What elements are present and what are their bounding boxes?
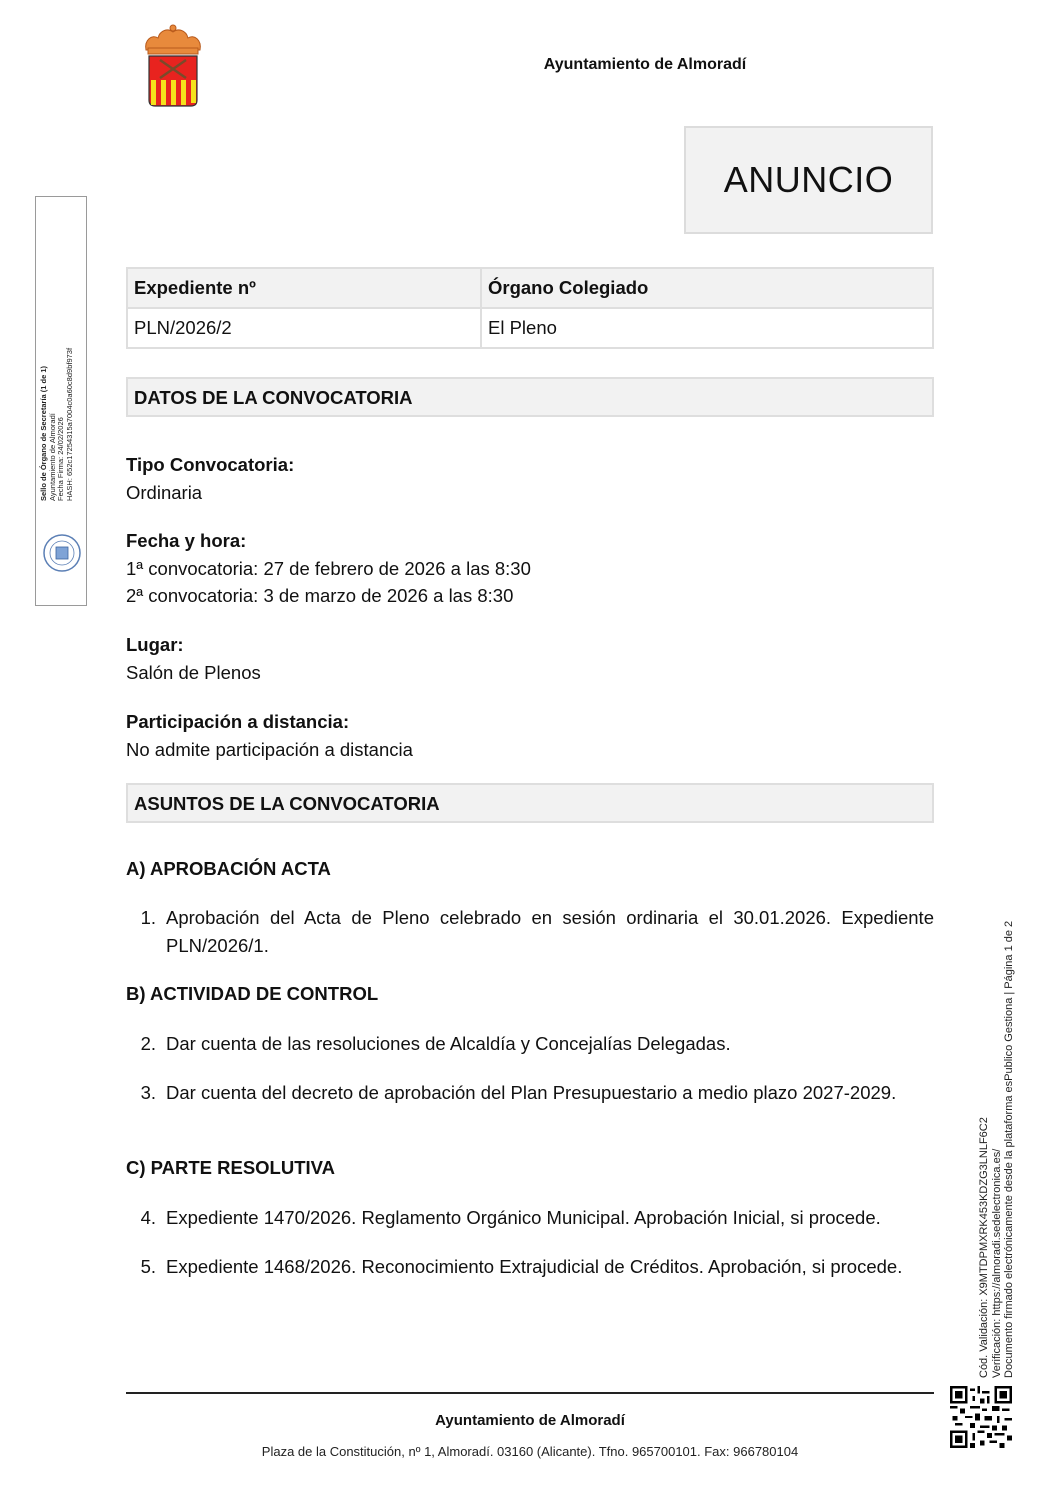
item-text: Expediente 1468/2026. Reconocimiento Ext… [166,1253,934,1281]
coat-of-arms-icon [140,22,206,110]
footer-address: Plaza de la Constitución, nº 1, Almoradí… [126,1444,934,1459]
validation-url[interactable]: Verificación: https://almoradi.sedelectr… [991,921,1004,1378]
field-label: Tipo Convocatoria: [126,451,934,479]
validation-code: Cód. Validación: X9MTDPMXRK453KDZG3LNLF6… [978,921,991,1378]
field-value: No admite participación a distancia [126,736,934,764]
table-row: PLN/2026/2 El Pleno [127,308,933,348]
item-number: 5. [126,1253,166,1281]
table-header-row: Expediente nº Órgano Colegiado [127,268,933,308]
field-label: Participación a distancia: [126,708,934,736]
item-number: 2. [126,1030,166,1058]
list-item: 4. Expediente 1470/2026. Reglamento Orgá… [126,1204,934,1232]
field-label: Fecha y hora: [126,527,934,555]
signature-stamp: Sello de Órgano de Secretaría (1 de 1) A… [35,196,87,606]
field-lugar: Lugar: Salón de Plenos [126,631,934,686]
list-item: 3. Dar cuenta del decreto de aprobación … [126,1079,934,1107]
value-organo: El Pleno [481,308,933,348]
document-type-box: ANUNCIO [684,126,933,234]
field-value-second: 2ª convocatoria: 3 de marzo de 2026 a la… [126,582,934,610]
municipal-seal-icon [42,533,82,573]
list-item: 5. Expediente 1468/2026. Reconocimiento … [126,1253,934,1281]
item-number: 3. [126,1079,166,1107]
section-asuntos-title: ASUNTOS DE LA CONVOCATORIA [126,783,934,823]
header-organization: Ayuntamiento de Almoradí [480,56,810,74]
footer-organization: Ayuntamiento de Almoradí [126,1412,934,1429]
list-item: 2. Dar cuenta de las resoluciones de Alc… [126,1030,934,1058]
qr-code-icon [950,1386,1012,1448]
field-value: Salón de Plenos [126,659,934,687]
item-text: Dar cuenta de las resoluciones de Alcald… [166,1030,934,1058]
value-expediente: PLN/2026/2 [127,308,481,348]
field-participacion: Participación a distancia: No admite par… [126,708,934,763]
validation-note: Documento firmado electrónicamente desde… [1003,921,1016,1378]
group-title-b: B) ACTIVIDAD DE CONTROL [126,983,378,1005]
field-label: Lugar: [126,631,934,659]
info-table: Expediente nº Órgano Colegiado PLN/2026/… [126,267,934,349]
list-item: 1. Aprobación del Acta de Pleno celebrad… [126,904,934,959]
field-value-first: 1ª convocatoria: 27 de febrero de 2026 a… [126,555,934,583]
item-number: 1. [126,904,166,959]
field-value: Ordinaria [126,479,934,507]
group-title-c: C) PARTE RESOLUTIVA [126,1157,335,1179]
item-text: Expediente 1470/2026. Reglamento Orgánic… [166,1204,934,1232]
footer-divider [126,1392,934,1394]
field-tipo: Tipo Convocatoria: Ordinaria [126,451,934,506]
section-datos-title: DATOS DE LA CONVOCATORIA [126,377,934,417]
field-fecha: Fecha y hora: 1ª convocatoria: 27 de feb… [126,527,934,610]
item-number: 4. [126,1204,166,1232]
header-organo: Órgano Colegiado [481,268,933,308]
header-expediente: Expediente nº [127,268,481,308]
item-text: Aprobación del Acta de Pleno celebrado e… [166,904,934,959]
item-text: Dar cuenta del decreto de aprobación del… [166,1079,934,1107]
group-title-a: A) APROBACIÓN ACTA [126,858,331,880]
stamp-hash: HASH: 652c17254315a7004c0a60c8d9bf973f [66,301,75,501]
